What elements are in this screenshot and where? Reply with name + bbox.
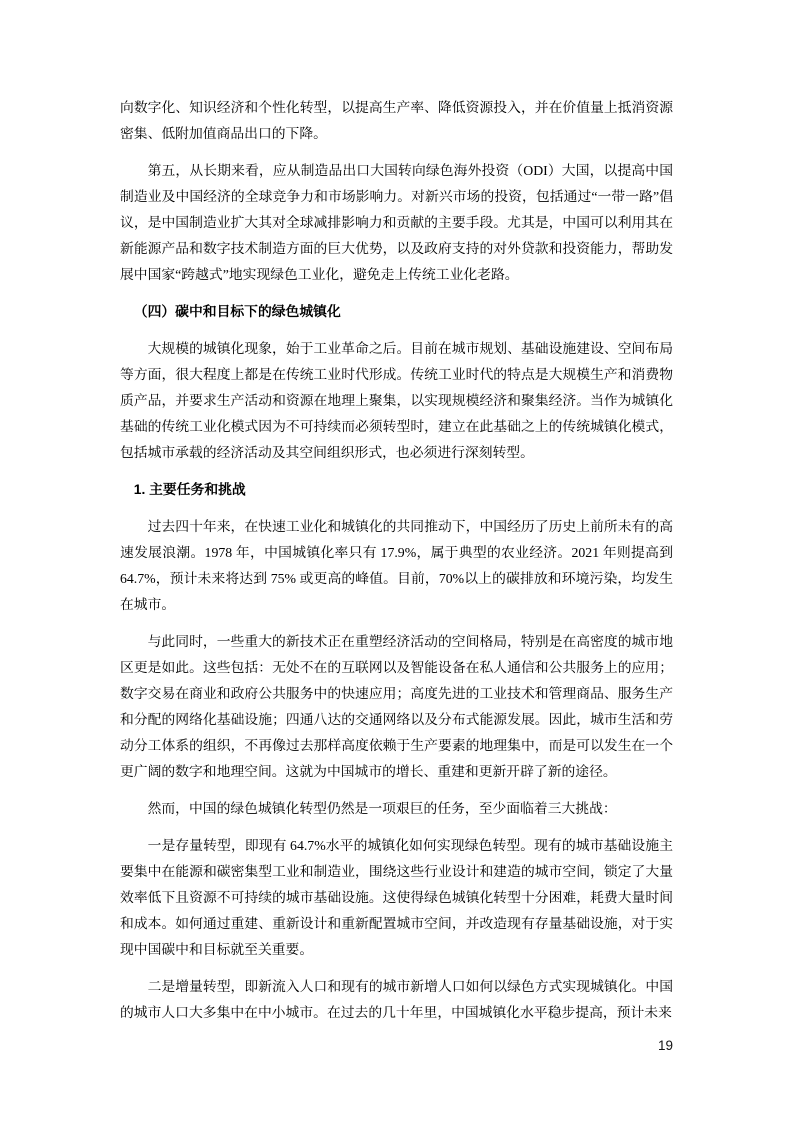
paragraph-urbanization-history: 大规模的城镇化现象，始于工业革命之后。目前在城市规划、基础设施建设、空间布局等方… <box>120 336 673 466</box>
paragraph-three-challenges-intro: 然而，中国的绿色城镇化转型仍然是一项艰巨的任务，至少面临着三大挑战： <box>120 796 673 822</box>
paragraph-rapid-development: 过去四十年来，在快速工业化和城镇化的共同推动下，中国经历了历史上前所未有的高速发… <box>120 514 673 618</box>
document-body: 向数字化、知识经济和个性化转型，以提高生产率、降低资源投入，并在价值量上抵消资源… <box>120 95 673 1037</box>
section-heading-green-urbanization: （四）碳中和目标下的绿色城镇化 <box>120 299 673 325</box>
paragraph-challenge-increment-transition: 二是增量转型，即新流入人口和现有的城市新增人口如何以绿色方式实现城镇化。中国的城… <box>120 974 673 1026</box>
document-page: 向数字化、知识经济和个性化转型，以提高生产率、降低资源投入，并在价值量上抵消资源… <box>0 0 793 1122</box>
paragraph-fifth-point: 第五，从长期来看，应从制造品出口大国转向绿色海外投资（ODI）大国，以提高中国制… <box>120 158 673 288</box>
page-number: 19 <box>553 1039 673 1053</box>
paragraph-new-technologies: 与此同时，一些重大的新技术正在重塑经济活动的空间格局，特别是在高密度的城市地区更… <box>120 629 673 785</box>
paragraph-challenge-stock-transition: 一是存量转型，即现有 64.7%水平的城镇化如何实现绿色转型。现有的城市基础设施… <box>120 833 673 963</box>
paragraph-continuation: 向数字化、知识经济和个性化转型，以提高生产率、降低资源投入，并在价值量上抵消资源… <box>120 95 673 147</box>
subsection-heading-tasks-challenges: 1. 主要任务和挑战 <box>120 477 673 503</box>
